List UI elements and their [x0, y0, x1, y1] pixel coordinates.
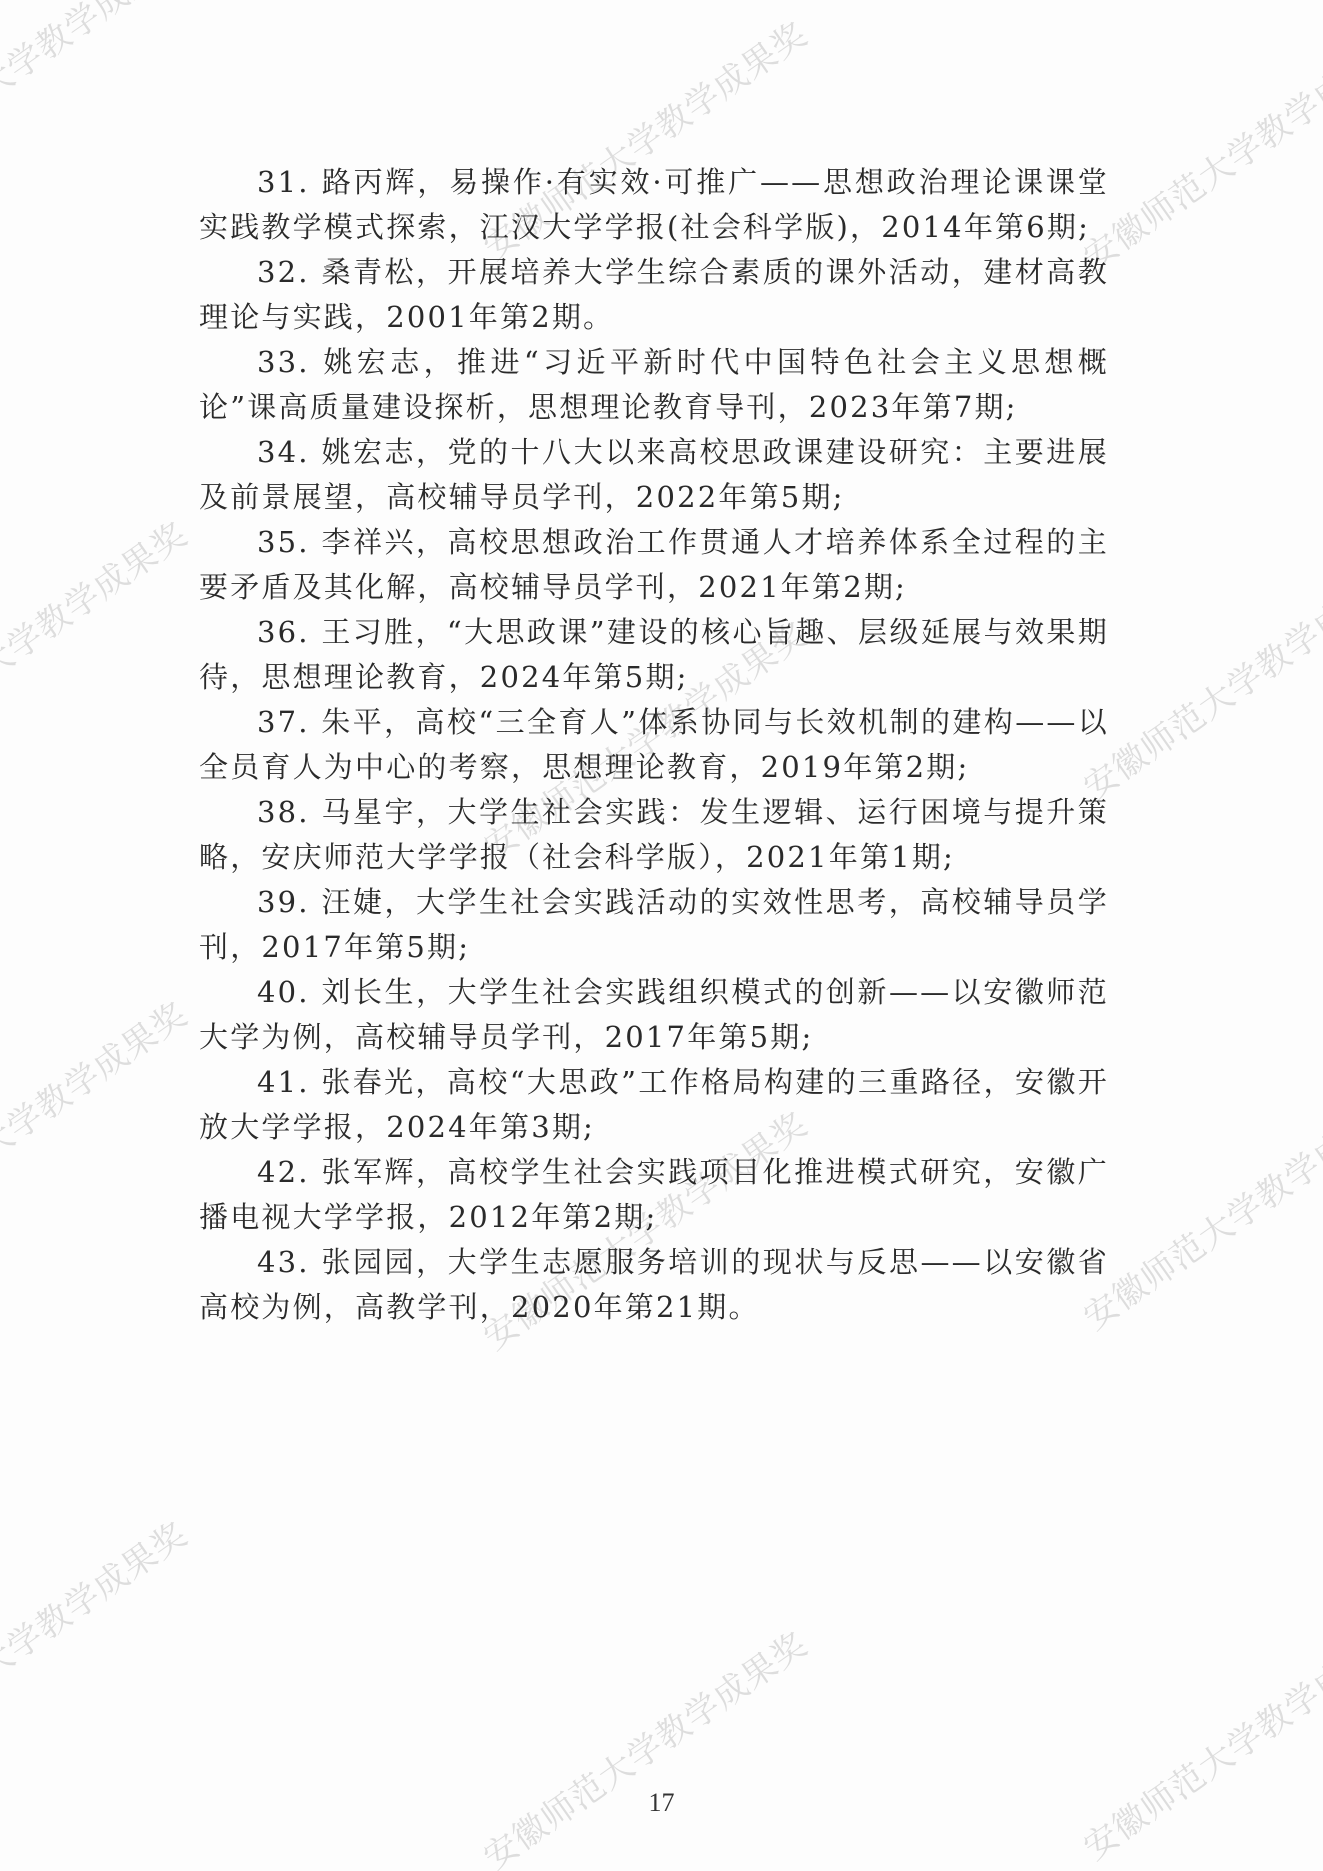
reference-item: 35. 李祥兴，高校思想政治工作贯通人才培养体系全过程的主要矛盾及其化解，高校辅… [199, 520, 1109, 610]
reference-text: 张园园，大学生志愿服务培训的现状与反思——以安徽省高校为例，高教学刊，2020年… [199, 1245, 1109, 1324]
reference-number: 38. [257, 795, 310, 829]
reference-item: 36. 王习胜，“大思政课”建设的核心旨趣、层级延展与效果期待，思想理论教育，2… [199, 610, 1109, 700]
watermark: 安徽师范大学教学成果奖 [1072, 1608, 1323, 1869]
reference-text: 张春光，高校“大思政”工作格局构建的三重路径，安徽开放大学学报，2024年第3期… [199, 1065, 1109, 1144]
reference-item: 43. 张园园，大学生志愿服务培训的现状与反思——以安徽省高校为例，高教学刊，2… [199, 1240, 1109, 1330]
watermark: 安徽师范大学教学成果奖 [0, 1508, 195, 1769]
reference-item: 31. 路丙辉，易操作·有实效·可推广——思想政治理论课课堂实践教学模式探索，江… [199, 160, 1109, 250]
reference-number: 34. [257, 435, 310, 469]
watermark: 安徽师范大学教学成果奖 [0, 988, 195, 1249]
reference-text: 张军辉，高校学生社会实践项目化推进模式研究，安徽广播电视大学学报，2012年第2… [199, 1155, 1109, 1234]
reference-number: 43. [257, 1245, 310, 1279]
watermark: 安徽师范大学教学成果奖 [0, 0, 195, 189]
reference-number: 37. [257, 705, 310, 739]
reference-text: 马星宇，大学生社会实践：发生逻辑、运行困境与提升策略，安庆师范大学学报（社会科学… [199, 795, 1109, 874]
reference-text: 桑青松，开展培养大学生综合素质的课外活动，建材高教理论与实践，2001年第2期。 [199, 255, 1109, 334]
reference-item: 38. 马星宇，大学生社会实践：发生逻辑、运行困境与提升策略，安庆师范大学学报（… [199, 790, 1109, 880]
reference-item: 41. 张春光，高校“大思政”工作格局构建的三重路径，安徽开放大学学报，2024… [199, 1060, 1109, 1150]
reference-number: 36. [257, 615, 310, 649]
watermark: 安徽师范大学教学成果奖 [0, 508, 195, 769]
reference-text: 汪婕，大学生社会实践活动的实效性思考，高校辅导员学刊，2017年第5期; [199, 885, 1109, 964]
reference-item: 34. 姚宏志，党的十八大以来高校思政课建设研究：主要进展及前景展望，高校辅导员… [199, 430, 1109, 520]
reference-number: 42. [257, 1155, 310, 1189]
reference-number: 40. [257, 975, 310, 1009]
reference-item: 39. 汪婕，大学生社会实践活动的实效性思考，高校辅导员学刊，2017年第5期; [199, 880, 1109, 970]
reference-text: 路丙辉，易操作·有实效·可推广——思想政治理论课课堂实践教学模式探索，江汉大学学… [199, 165, 1109, 244]
watermark: 安徽师范大学教学成果奖 [1072, 18, 1323, 279]
page-number: 17 [0, 1788, 1323, 1818]
reference-list: 31. 路丙辉，易操作·有实效·可推广——思想政治理论课课堂实践教学模式探索，江… [199, 160, 1109, 1330]
reference-item: 37. 朱平，高校“三全育人”体系协同与长效机制的建构——以全员育人为中心的考察… [199, 700, 1109, 790]
watermark: 安徽师范大学教学成果奖 [1072, 1078, 1323, 1339]
reference-item: 40. 刘长生，大学生社会实践组织模式的创新——以安徽师范大学为例，高校辅导员学… [199, 970, 1109, 1060]
reference-number: 32. [257, 255, 310, 289]
reference-item: 32. 桑青松，开展培养大学生综合素质的课外活动，建材高教理论与实践，2001年… [199, 250, 1109, 340]
reference-number: 33. [257, 345, 310, 379]
reference-text: 王习胜，“大思政课”建设的核心旨趣、层级延展与效果期待，思想理论教育，2024年… [199, 615, 1109, 694]
reference-number: 35. [257, 525, 310, 559]
reference-text: 朱平，高校“三全育人”体系协同与长效机制的建构——以全员育人为中心的考察，思想理… [199, 705, 1109, 784]
reference-text: 李祥兴，高校思想政治工作贯通人才培养体系全过程的主要矛盾及其化解，高校辅导员学刊… [199, 525, 1109, 604]
reference-number: 41. [257, 1065, 310, 1099]
reference-number: 39. [257, 885, 310, 919]
document-page: 安徽师范大学教学成果奖 安徽师范大学教学成果奖 安徽师范大学教学成果奖 安徽师范… [0, 0, 1323, 1871]
watermark: 安徽师范大学教学成果奖 [472, 1618, 815, 1871]
watermark: 安徽师范大学教学成果奖 [1072, 548, 1323, 809]
reference-text: 姚宏志，党的十八大以来高校思政课建设研究：主要进展及前景展望，高校辅导员学刊，2… [199, 435, 1109, 514]
reference-item: 42. 张军辉，高校学生社会实践项目化推进模式研究，安徽广播电视大学学报，201… [199, 1150, 1109, 1240]
reference-number: 31. [257, 165, 310, 199]
reference-text: 刘长生，大学生社会实践组织模式的创新——以安徽师范大学为例，高校辅导员学刊，20… [199, 975, 1109, 1054]
reference-item: 33. 姚宏志，推进“习近平新时代中国特色社会主义思想概论”课高质量建设探析，思… [199, 340, 1109, 430]
reference-text: 姚宏志，推进“习近平新时代中国特色社会主义思想概论”课高质量建设探析，思想理论教… [199, 345, 1109, 424]
